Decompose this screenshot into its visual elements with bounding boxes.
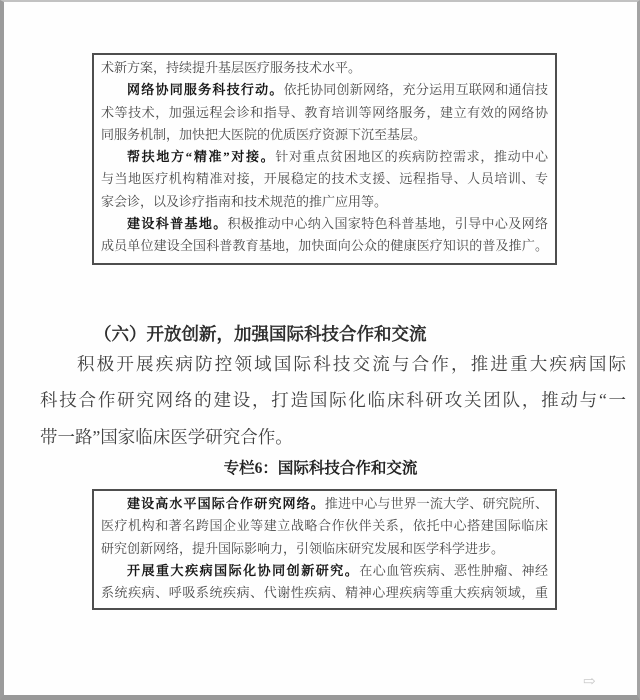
text-line: 成员单位建设全国科普教育基地，加快面向公众的健康医疗知识的普及推广。 (101, 235, 548, 257)
section-paragraph: 积极开展疾病防控领域国际科技交流与合作，推进重大疾病国际科技合作研究网络的建设，… (40, 346, 626, 455)
text-line: 同服务机制，加快把大医院的优质医疗资源下沉至基层。 (101, 124, 548, 146)
text-line: 带一路”国家临床医学研究合作。 (40, 419, 626, 455)
text-line: 医疗机构和著名跨国企业等建立战略合作伙伴关系，依托中心搭建国际临床 (101, 515, 548, 537)
text-line: 建设高水平国际合作研究网络。推进中心与世界一流大学、研究院所、 (101, 493, 548, 515)
section-heading: （六）开放创新，加强国际科技合作和交流 (94, 320, 427, 348)
text-line: 积极开展疾病防控领域国际科技交流与合作，推进重大疾病国际 (40, 346, 626, 382)
text-line: 与当地医疗机构精准对接，开展稳定的技术支援、远程指导、人员培训、专 (101, 168, 548, 190)
text-line: 帮扶地方“精准”对接。针对重点贫困地区的疾病防控需求，推动中心 (101, 146, 548, 168)
bold-lead-in: 网络协同服务科技行动。 (127, 82, 284, 97)
text-line: 家会诊，以及诊疗指南和技术规范的推广应用等。 (101, 191, 548, 213)
document-page: 术新方案，持续提升基层医疗服务技术水平。网络协同服务科技行动。依托协同创新网络，… (0, 0, 640, 700)
bold-lead-in: 帮扶地方“精准”对接。 (127, 149, 275, 164)
text-line: 系统疾病、呼吸系统疾病、代谢性疾病、精神心理疾病等重大疾病领域，重 (101, 582, 548, 604)
text-line: 网络协同服务科技行动。依托协同创新网络，充分运用互联网和通信技 (101, 79, 548, 101)
next-page-arrow-icon[interactable]: ⇨ (583, 674, 596, 690)
text-line: 术新方案，持续提升基层医疗服务技术水平。 (101, 57, 548, 79)
bold-lead-in: 建设高水平国际合作研究网络。 (127, 496, 325, 511)
text-line: 建设科普基地。积极推动中心纳入国家特色科普基地，引导中心及网络 (101, 213, 548, 235)
text-line: 术等技术，加强远程会诊和指导、教育培训等网络服务，建立有效的网络协 (101, 102, 548, 124)
intl-cooperation-column-box: 建设高水平国际合作研究网络。推进中心与世界一流大学、研究院所、医疗机构和著名跨国… (92, 489, 557, 610)
column-box-title: 专栏6：国际科技合作和交流 (4, 458, 637, 479)
science-action-column-box: 术新方案，持续提升基层医疗服务技术水平。网络协同服务科技行动。依托协同创新网络，… (92, 53, 557, 265)
text-line: 开展重大疾病国际化协同创新研究。在心血管疾病、恶性肿瘤、神经 (101, 560, 548, 582)
text-line: 科技合作研究网络的建设，打造国际化临床科研攻关团队，推动与“一 (40, 382, 626, 418)
text-line: 研究创新网络，提升国际影响力，引领临床研究发展和医学科学进步。 (101, 538, 548, 560)
bold-lead-in: 建设科普基地。 (127, 216, 228, 231)
bold-lead-in: 开展重大疾病国际化协同创新研究。 (127, 563, 359, 578)
